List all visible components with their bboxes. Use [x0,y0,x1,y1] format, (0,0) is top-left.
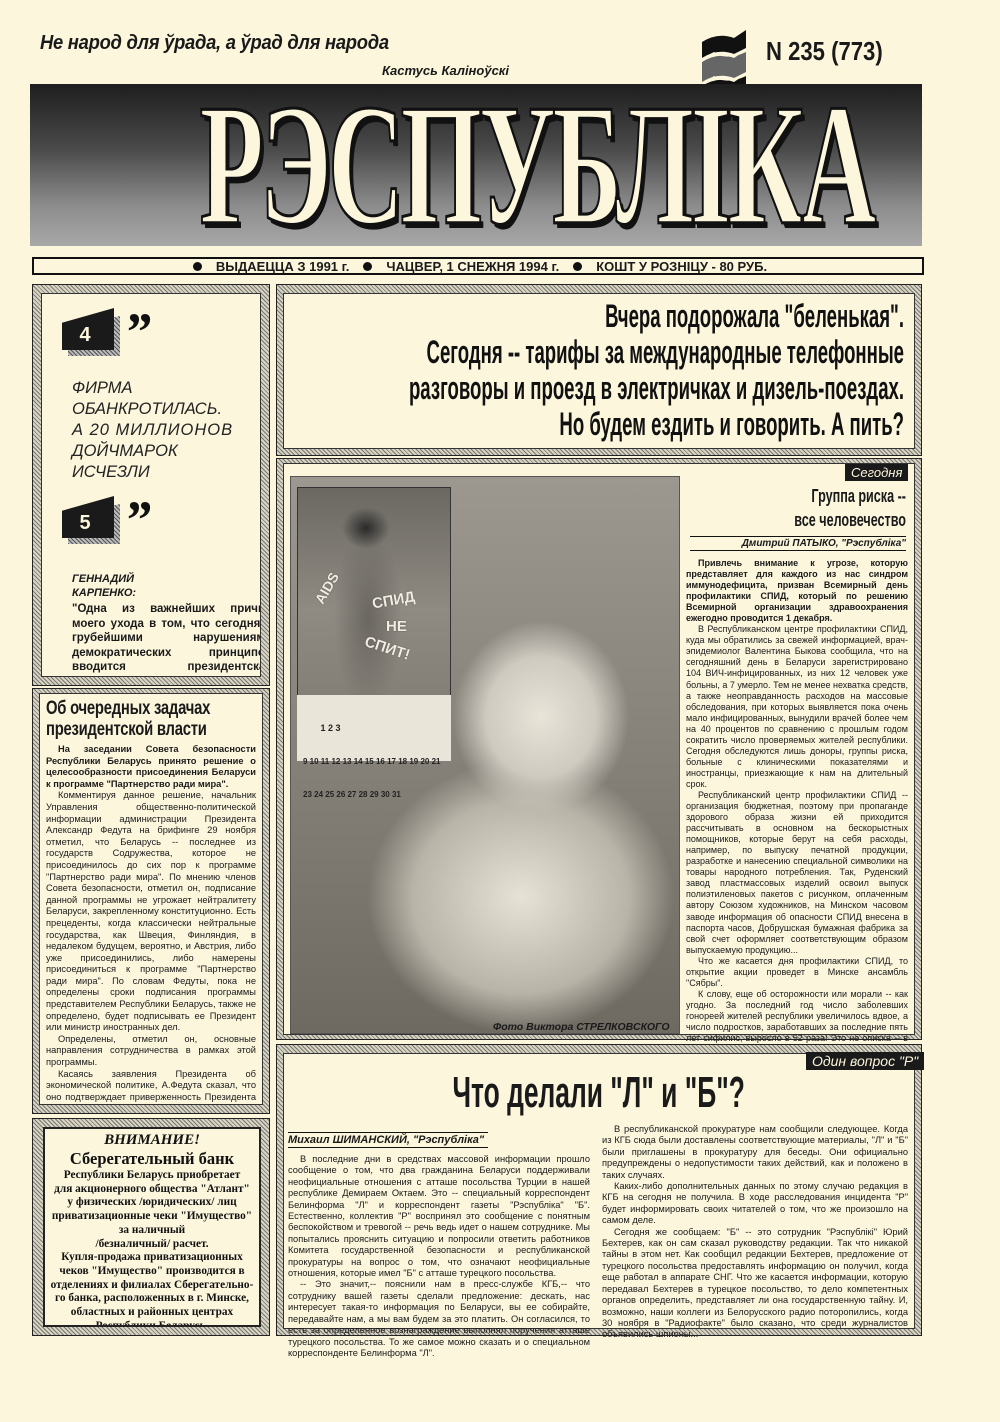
quote-marks-icon: ” [124,500,151,540]
security-article-frame: Об очередных задачах президентской власт… [32,688,270,1114]
dateline: ВЫДАЕЦЦА З 1991 г. ЧАЦВЕР, 1 СНЕЖНЯ 1994… [32,257,924,275]
bullet-icon [363,262,372,271]
headline-banner: Вчера подорожала "беленькая". Сегодня --… [284,298,902,442]
teaser-quote: "Одна из важнейших причин моего ухода в … [72,602,261,677]
spy-article-title: Что делали "Л" и "Б"? [276,1068,922,1118]
bullet-icon [573,262,582,271]
aids-article-body: Привлечь внимание к угрозе, которую пред… [686,558,908,1055]
issue-number: N 235 (773) [766,36,883,67]
bank-advert-frame: ВНИМАНИЕ! Сберегательный банк Республики… [32,1118,270,1336]
section-tag-today: Сегодня [845,464,908,481]
spy-article-byline: Михаил ШИМАНСКИЙ, "Рэспубліка" [288,1132,488,1148]
security-article-title: Об очередных задачах президентской власт… [46,698,263,740]
bullet-icon [193,262,202,271]
advert-attention: ВНИМАНИЕ! [45,1132,259,1149]
teasers-frame: 4 ” ФИРМА ОБАНКРОТИЛАСЬ. А 20 МИЛЛИОНОВ … [32,284,270,686]
page-badge: 5 [62,496,120,544]
teaser-page-4[interactable]: 4 ” ФИРМА ОБАНКРОТИЛАСЬ. А 20 МИЛЛИОНОВ … [42,294,261,484]
teaser-text: ФИРМА ОБАНКРОТИЛАСЬ. А 20 МИЛЛИОНОВ ДОЙЧ… [72,378,233,483]
security-article-body: На заседании Совета безопасности Республ… [46,744,256,1105]
dateline-price: КОШТ У РОЗНІЦУ - 80 РУБ. [596,259,767,274]
headline-banner-frame: Вчера подорожала "беленькая". Сегодня --… [276,284,922,456]
quote-author: ГЕННАДИЙ КАРПЕНКО: [72,572,136,600]
teaser-page-5[interactable]: 5 ” ГЕННАДИЙ КАРПЕНКО: "Одна из важнейши… [42,490,261,677]
photo-caption: Фото Виктора СТРЕЛКОВСКОГО [493,1021,670,1033]
dateline-date: ЧАЦВЕР, 1 СНЕЖНЯ 1994 г. [386,259,559,274]
masthead-title-band: РЭСПУБЛІКА [30,84,922,246]
advert-bank-name: Сберегательный банк [45,1149,259,1169]
newspaper-title: РЭСПУБЛІКА [199,84,752,246]
advert-body: Республики Беларусь приобретает для акци… [45,1169,259,1327]
aids-article-title: Группа риска -- все человечество [690,484,906,532]
dateline-founded: ВЫДАЕЦЦА З 1991 г. [216,259,349,274]
calendar: 1 2 3 9 10 11 12 13 14 15 16 17 18 19 20… [297,695,451,761]
aids-article-byline: Дмитрий ПАТЫКО, "Рэспубліка" [690,536,906,551]
spy-article-col2: В республиканской прокуратуре нам сообщи… [602,1124,908,1341]
motto-author: Кастусь Каліноўскі [382,63,509,78]
spy-article-col1: В последние дни в средствах массовой инф… [288,1154,590,1359]
quote-marks-icon: ” [124,312,151,352]
photo-doctor-with-mask: AIDS СПИД НЕ СПИТ! 1 2 3 9 10 11 12 13 1… [290,476,680,1034]
page-badge: 4 [62,308,120,356]
motto: Не народ для ўрада, а ўрад для народа [40,32,389,55]
